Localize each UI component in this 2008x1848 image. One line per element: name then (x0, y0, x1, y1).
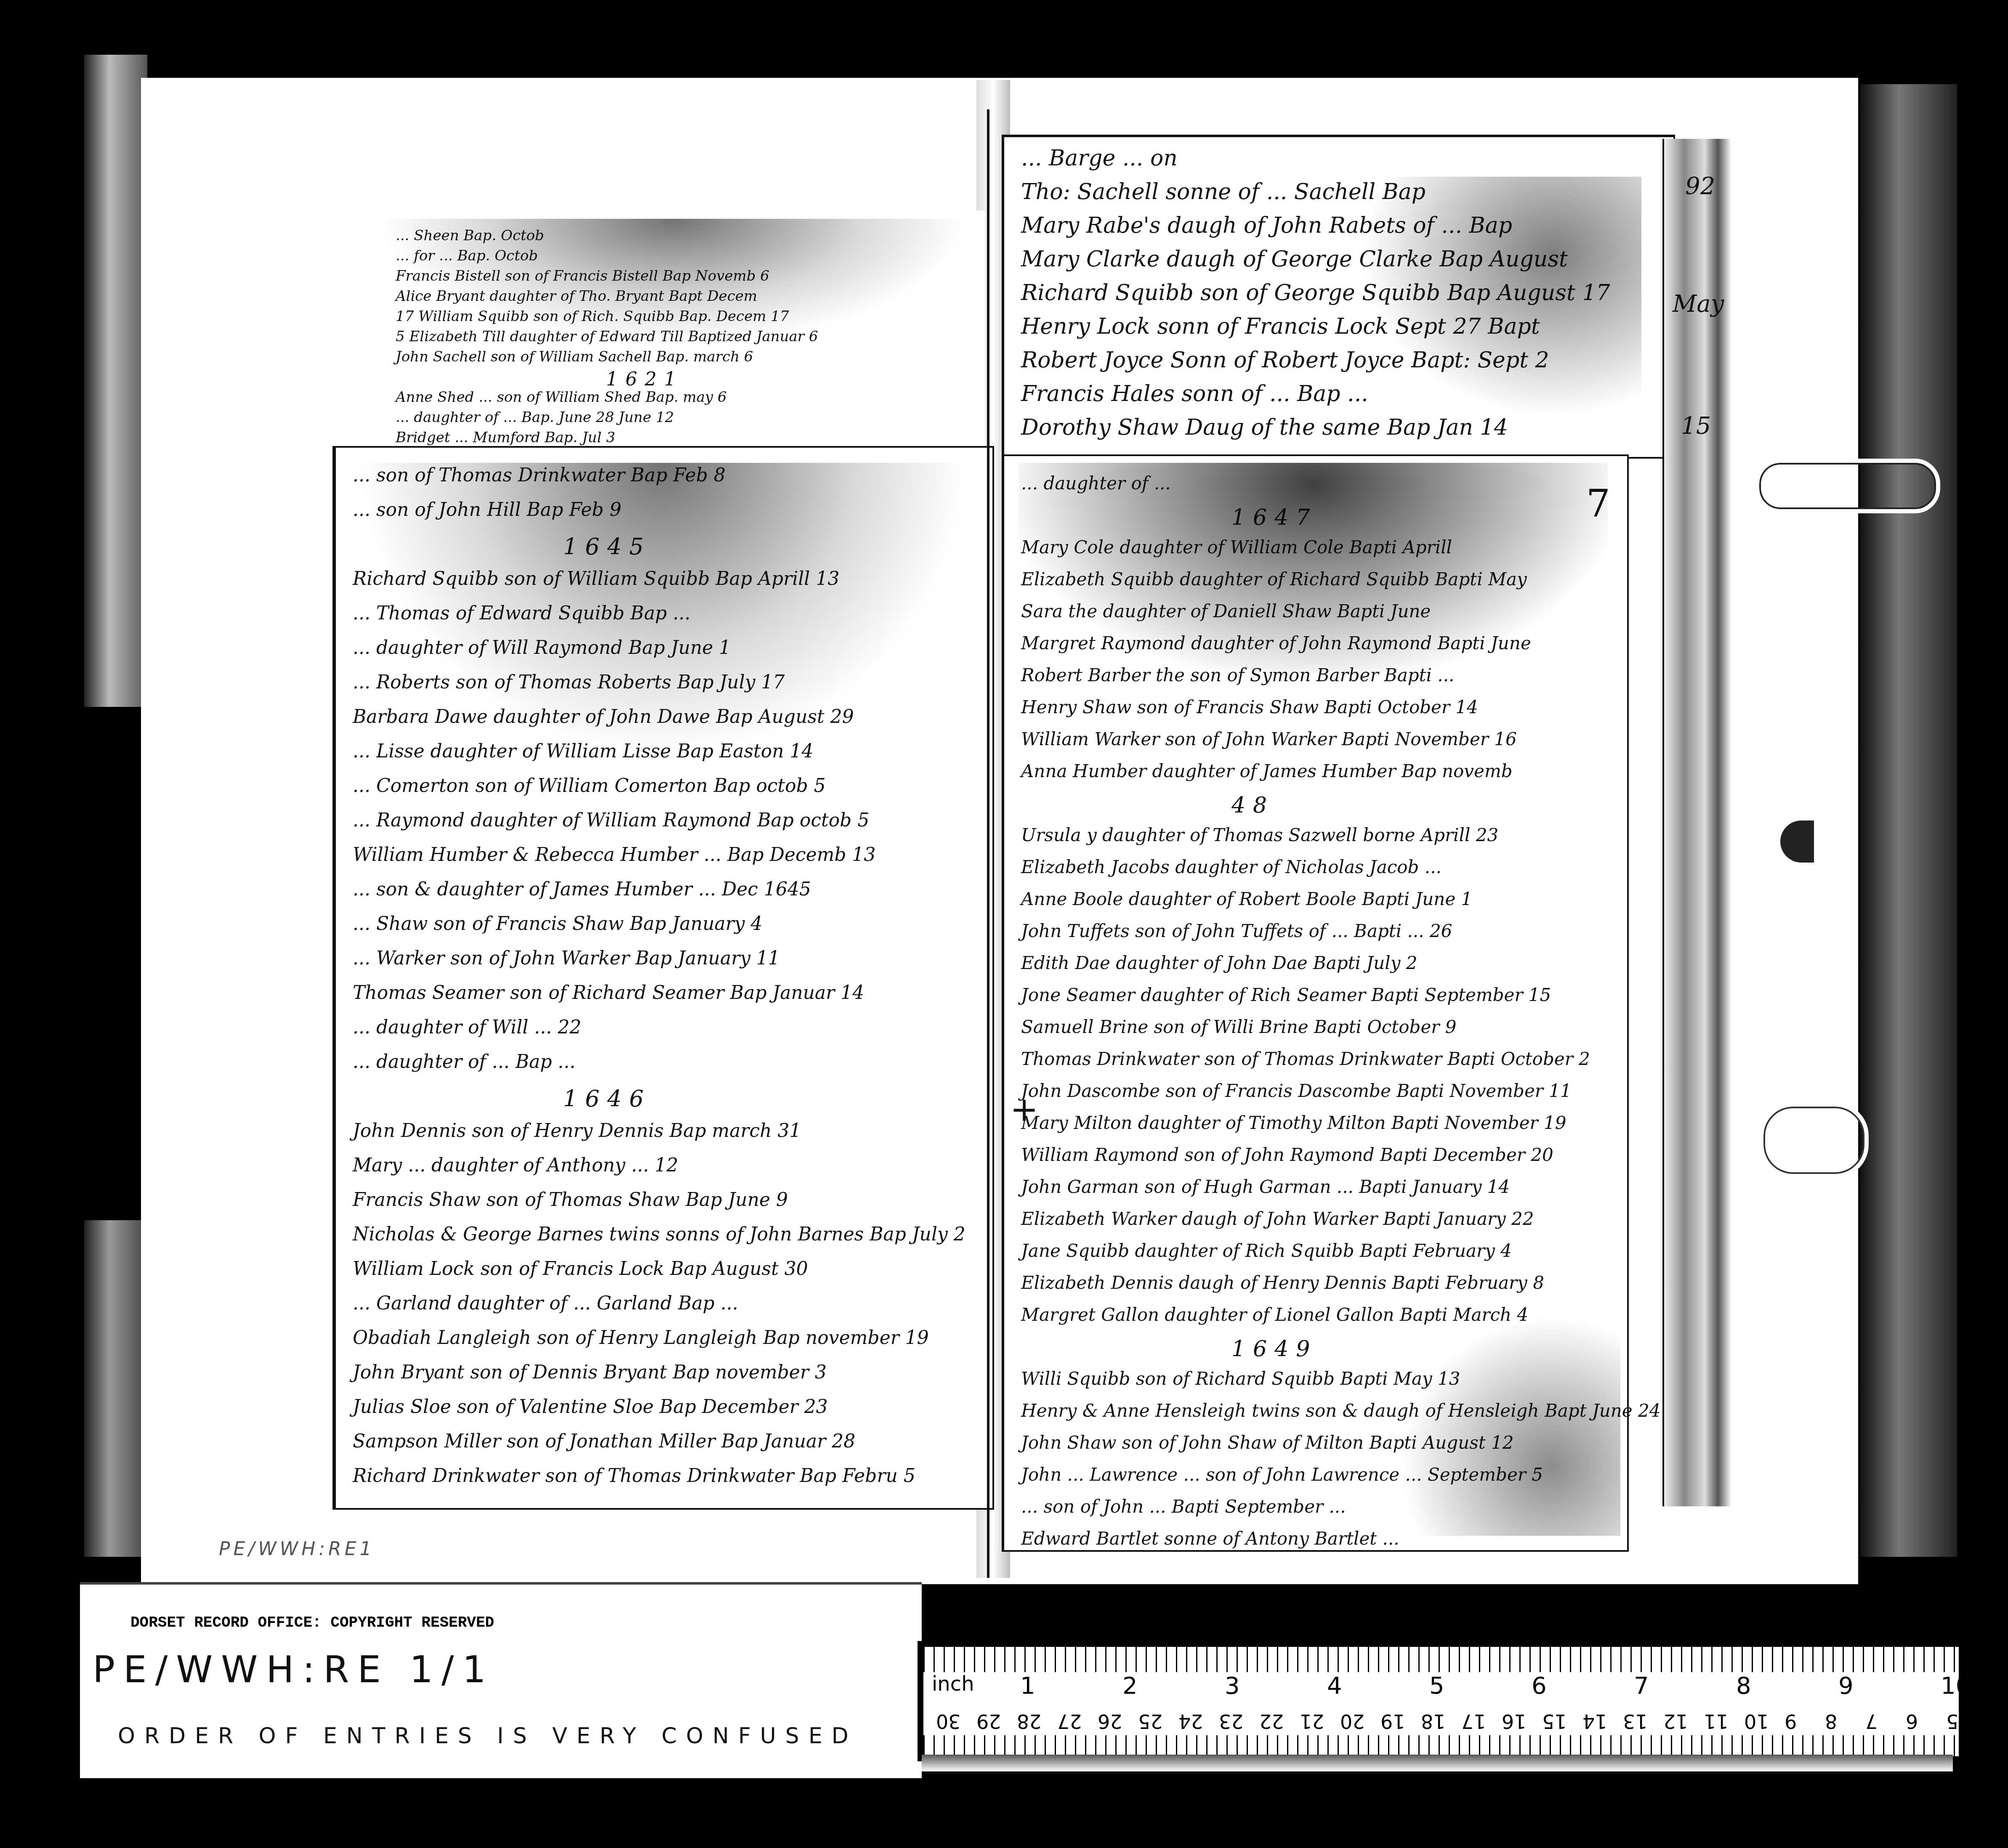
register-entry: Alice Bryant daughter of Tho. Bryant Bap… (396, 288, 757, 305)
tab-text: 92 (1685, 173, 1715, 200)
register-entry: John Tuffets son of John Tuffets of ... … (1021, 921, 1452, 941)
cm-label: 19 (1380, 1710, 1405, 1733)
register-entry: Elizabeth Jacobs daughter of Nicholas Ja… (1021, 857, 1442, 877)
cm-label: 12 (1663, 1710, 1688, 1733)
cm-label: 30 (936, 1710, 961, 1733)
register-entry: Margret Gallon daughter of Lionel Gallon… (1021, 1304, 1528, 1325)
register-entry: William Raymond son of John Raymond Bapt… (1021, 1144, 1553, 1165)
register-entry: Mary Cole daughter of William Cole Bapti… (1021, 537, 1452, 558)
year-heading: 1649 (1231, 1336, 1317, 1362)
register-entry: John Shaw son of John Shaw of Milton Bap… (1021, 1432, 1514, 1453)
inch-label: 8 (1736, 1672, 1751, 1699)
ruler-shadow (922, 1755, 1953, 1771)
cm-label: 8 (1825, 1710, 1837, 1733)
register-entry: Jone Seamer daughter of Rich Seamer Bapt… (1021, 985, 1551, 1005)
register-entry: ... Raymond daughter of William Raymond … (353, 810, 869, 831)
register-entry: Mary ... daughter of Anthony ... 12 (353, 1155, 678, 1176)
register-entry: Anne Shed ... son of William Shed Bap. m… (396, 389, 727, 406)
cm-label: 18 (1421, 1710, 1446, 1733)
register-entry: 5 Elizabeth Till daughter of Edward Till… (396, 328, 818, 345)
cm-label: 23 (1219, 1710, 1244, 1733)
cm-label: 21 (1300, 1710, 1324, 1733)
register-entry: ... Garland daughter of ... Garland Bap … (353, 1293, 738, 1314)
cm-label: 9 (1785, 1710, 1797, 1733)
binding-ring-icon (1755, 459, 1940, 513)
year-heading: 1621 (606, 369, 684, 390)
register-entry: Francis Bistell son of Francis Bistell B… (396, 268, 769, 284)
cm-label: 14 (1582, 1710, 1607, 1733)
register-entry: John Dennis son of Henry Dennis Bap marc… (353, 1120, 801, 1142)
cm-label: 22 (1259, 1710, 1284, 1733)
margin-cross-mark: + (1010, 1090, 1038, 1129)
register-entry: William Humber & Rebecca Humber ... Bap … (353, 844, 876, 866)
register-entry: Robert Barber the son of Symon Barber Ba… (1021, 665, 1454, 685)
year-heading: 1646 (563, 1086, 651, 1112)
tab-text: May (1673, 290, 1724, 318)
register-entry: Dorothy Shaw Daug of the same Bap Jan 14 (1021, 415, 1508, 440)
register-entry: John Bryant son of Dennis Bryant Bap nov… (353, 1362, 827, 1383)
register-entry: ... Roberts son of Thomas Roberts Bap Ju… (353, 672, 785, 693)
register-entry: ... Barge ... on (1021, 146, 1178, 171)
register-entry: Richard Squibb son of George Squibb Bap … (1021, 280, 1610, 305)
register-entry: Thomas Drinkwater son of Thomas Drinkwat… (1021, 1049, 1590, 1069)
cm-label: 16 (1502, 1710, 1527, 1733)
register-entry: Richard Drinkwater son of Thomas Drinkwa… (353, 1465, 915, 1487)
cm-ticks (923, 1735, 1959, 1756)
register-entry: ... son of John ... Bapti September ... (1021, 1496, 1346, 1517)
binding-shadow-right (1860, 84, 1957, 1557)
register-entry: Anna Humber daughter of James Humber Bap… (1021, 761, 1513, 781)
inch-label: 4 (1327, 1672, 1342, 1699)
year-heading: 1645 (563, 534, 651, 560)
cm-label: 11 (1704, 1710, 1729, 1733)
register-entry: 17 William Squibb son of Rich. Squibb Ba… (396, 308, 789, 325)
cm-label: 27 (1057, 1710, 1082, 1733)
copyright-stamp: DORSET RECORD OFFICE: COPYRIGHT RESERVED (130, 1614, 494, 1631)
cm-label: 15 (1542, 1710, 1567, 1733)
register-entry: ... Comerton son of William Comerton Bap… (353, 775, 826, 797)
register-entry: Edith Dae daughter of John Dae Bapti Jul… (1021, 953, 1418, 973)
register-entry: Samuell Brine son of Willi Brine Bapti O… (1021, 1017, 1456, 1037)
reference-large: PE/WWH:RE 1/1 (93, 1648, 495, 1691)
register-entry: John Garman son of Hugh Garman ... Bapti… (1021, 1176, 1510, 1197)
cm-label: 26 (1098, 1710, 1122, 1733)
cm-label: 24 (1178, 1710, 1203, 1733)
handwritten-note: ORDER OF ENTRIES IS VERY CONFUSED (118, 1723, 858, 1749)
register-entry: Mary Clarke daugh of George Clarke Bap A… (1021, 247, 1568, 272)
cm-label: 6 (1906, 1710, 1918, 1733)
register-entry: ... daughter of Will ... 22 (353, 1017, 581, 1038)
register-entry: ... Sheen Bap. Octob (396, 227, 544, 244)
register-entry: ... Warker son of John Warker Bap Januar… (353, 948, 780, 969)
register-entry: Ursula y daughter of Thomas Sazwell born… (1021, 825, 1498, 845)
page-bottom-left: ... son of Thomas Drinkwater Bap Feb 8..… (332, 446, 994, 1510)
cm-label: 5 (1946, 1710, 1958, 1733)
inch-label: 2 (1122, 1672, 1138, 1699)
register-entry: ... son of Thomas Drinkwater Bap Feb 8 (353, 465, 726, 486)
register-entry: ... daughter of ... Bap. June 28 June 12 (396, 409, 674, 426)
binding-shadow-left-lower (84, 1220, 147, 1557)
register-entry: ... Thomas of Edward Squibb Bap ... (353, 603, 690, 624)
year-heading: 48 (1231, 793, 1274, 818)
cm-label: 25 (1138, 1710, 1163, 1733)
register-entry: ... son of John Hill Bap Feb 9 (353, 499, 622, 520)
inch-label: 5 (1429, 1672, 1444, 1699)
register-entry: ... son & daughter of James Humber ... D… (353, 879, 811, 900)
register-entry: Francis Shaw son of Thomas Shaw Bap June… (353, 1189, 788, 1211)
cm-label: 13 (1623, 1710, 1648, 1733)
register-entry: Obadiah Langleigh son of Henry Langleigh… (353, 1327, 929, 1349)
ruler-unit-label: inch (932, 1672, 974, 1696)
register-entry: Elizabeth Dennis daugh of Henry Dennis B… (1021, 1272, 1544, 1293)
cm-label: 10 (1744, 1710, 1769, 1733)
cm-label: 28 (1017, 1710, 1042, 1733)
page-top-right-fragment: ... Barge ... onTho: Sachell sonne of ..… (1002, 135, 1675, 459)
register-entry: John Sachell son of William Sachell Bap.… (396, 348, 753, 365)
page-bottom-right: 7 ... daughter of ...1647Mary Cole daugh… (1002, 454, 1629, 1552)
register-entry: Bridget ... Mumford Bap. Jul 3 (396, 429, 615, 446)
register-entry: Elizabeth Squibb daughter of Richard Squ… (1021, 569, 1527, 589)
register-entry: Sampson Miller son of Jonathan Miller Ba… (353, 1431, 855, 1452)
cm-label: 17 (1461, 1710, 1486, 1733)
register-entry: Henry & Anne Hensleigh twins son & daugh… (1021, 1400, 1661, 1421)
measurement-ruler: inch 12345678910 30292827262524232221201… (918, 1641, 1959, 1761)
register-entry: Edward Bartlet sonne of Antony Bartlet .… (1021, 1528, 1399, 1549)
inch-label: 9 (1838, 1672, 1854, 1699)
inch-label: 7 (1634, 1672, 1649, 1699)
register-entry: ... for ... Bap. Octob (396, 247, 538, 264)
cm-label: 29 (976, 1710, 1001, 1733)
register-entry: William Lock son of Francis Lock Bap Aug… (353, 1258, 808, 1280)
page-edge-tabs: 92 May 15 (1662, 139, 1731, 1506)
register-entry: Richard Squibb son of William Squibb Bap… (353, 568, 839, 589)
register-entry: John ... Lawrence ... son of John Lawren… (1021, 1464, 1543, 1485)
year-heading: 1647 (1231, 505, 1317, 530)
register-entry: Jane Squibb daughter of Rich Squibb Bapt… (1021, 1240, 1512, 1261)
inch-label: 1 (1020, 1672, 1035, 1699)
cm-label: 20 (1340, 1710, 1365, 1733)
binding-shadow-left (84, 55, 147, 707)
inch-label: 3 (1225, 1672, 1240, 1699)
register-entry: ... daughter of ... (1021, 473, 1171, 494)
register-entry: Francis Hales sonn of ... Bap ... (1021, 381, 1368, 406)
inch-label: 10 (1941, 1672, 1971, 1699)
register-entry: Henry Lock sonn of Francis Lock Sept 27 … (1021, 314, 1540, 339)
page-top-left-fragment: ... Sheen Bap. Octob... for ... Bap. Oct… (362, 210, 985, 446)
register-entry: Sara the daughter of Daniell Shaw Bapti … (1021, 601, 1431, 621)
binding-ring-icon (1759, 1102, 1869, 1178)
register-entry: Margret Raymond daughter of John Raymond… (1021, 633, 1531, 653)
register-entry: Mary Rabe's daugh of John Rabets of ... … (1021, 213, 1512, 238)
register-entry: Julias Sloe son of Valentine Sloe Bap De… (353, 1396, 828, 1418)
register-entry: ... daughter of Will Raymond Bap June 1 (353, 637, 731, 658)
register-entry: John Dascombe son of Francis Dascombe Ba… (1021, 1081, 1572, 1101)
reference-small: PE/WWH:RE1 (219, 1538, 375, 1560)
register-entry: ... Shaw son of Francis Shaw Bap January… (353, 913, 763, 935)
register-entry: Thomas Seamer son of Richard Seamer Bap … (353, 982, 864, 1004)
inch-ticks (923, 1647, 1959, 1672)
archive-label-card: PE/WWH:RE1 DORSET RECORD OFFICE: COPYRIG… (80, 1582, 922, 1778)
register-entry: William Warker son of John Warker Bapti … (1021, 729, 1517, 749)
register-entry: Barbara Dawe daughter of John Dawe Bap A… (353, 706, 854, 728)
cm-label: 7 (1865, 1710, 1878, 1733)
page-number: 7 (1586, 481, 1610, 526)
gutter-line (987, 109, 989, 1578)
register-entry: Willi Squibb son of Richard Squibb Bapti… (1021, 1368, 1460, 1389)
tab-text: 15 (1681, 412, 1711, 440)
register-entry: Robert Joyce Sonn of Robert Joyce Bapt: … (1021, 348, 1549, 373)
register-entry: Mary Milton daughter of Timothy Milton B… (1021, 1113, 1566, 1133)
register-entry: Henry Shaw son of Francis Shaw Bapti Oct… (1021, 697, 1478, 717)
register-entry: Nicholas & George Barnes twins sonns of … (353, 1224, 965, 1245)
register-entry: ... daughter of ... Bap ... (353, 1051, 575, 1073)
register-entry: Anne Boole daughter of Robert Boole Bapt… (1021, 889, 1472, 909)
inch-label: 6 (1532, 1672, 1547, 1699)
register-entry: Elizabeth Warker daugh of John Warker Ba… (1021, 1208, 1534, 1229)
register-entry: Tho: Sachell sonne of ... Sachell Bap (1021, 179, 1426, 204)
register-entry: ... Lisse daughter of William Lisse Bap … (353, 741, 813, 762)
